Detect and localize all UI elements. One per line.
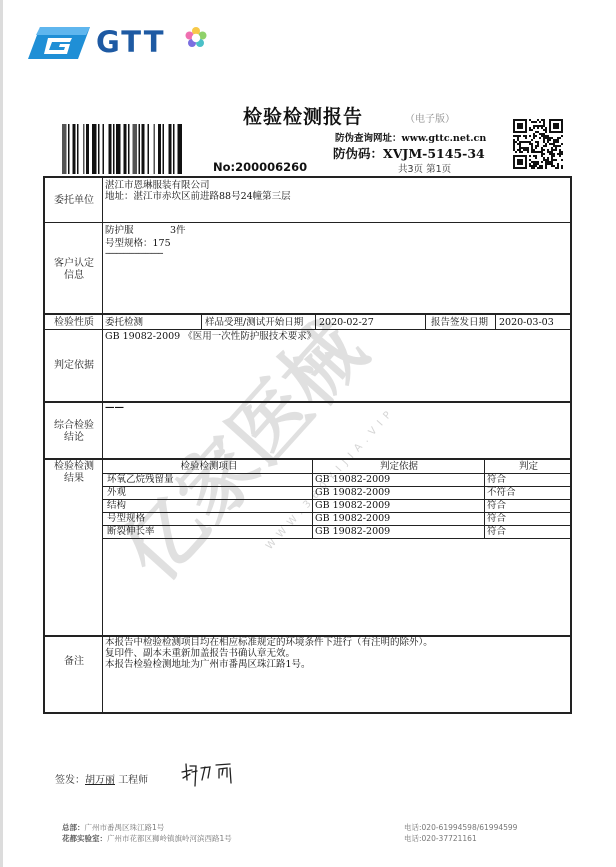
result-item: 环氧乙烷残留量: [107, 474, 174, 485]
result-basis: GB 19082-2009: [315, 500, 390, 511]
basis-value: GB 19082-2009 《医用一次性防护服技术要求》: [105, 331, 316, 342]
result-col-divider: [312, 460, 313, 538]
client-name: 湛江市恩琳服装有限公司: [105, 180, 210, 191]
page-edge: [0, 0, 3, 867]
result-row-divider: [102, 473, 570, 474]
handwritten-signature-icon: [180, 758, 240, 788]
cell-divider: [315, 314, 316, 329]
signoff-title: 工程师: [118, 775, 148, 786]
result-verdict: 符合: [487, 526, 506, 537]
results-header-cell: 判定依据: [313, 461, 485, 472]
result-row: 环氧乙烷残留量GB 19082-2009符合: [103, 473, 572, 486]
result-basis: GB 19082-2009: [315, 474, 390, 485]
result-row-divider: [102, 538, 570, 539]
client-address: 地址：湛江市赤坎区前进路88号24幢第三层: [105, 191, 291, 202]
product-quantity: 3件: [170, 225, 186, 236]
footer-addresses: 总部：广州市番禺区珠江路1号 花都实验室：广州市花都区狮岭镇旗岭河滨西路1号: [62, 822, 232, 844]
remark-line: 本报告检验检测地址为广州市番禺区珠江路1号。: [105, 659, 311, 670]
row-divider: [45, 329, 570, 330]
edition-label: （电子版）: [405, 110, 455, 125]
sample-date-label: 样品受理/测试开始日期: [205, 317, 303, 328]
result-row-divider: [102, 499, 570, 500]
issue-date-value: 2020-03-03: [499, 317, 554, 328]
logo-text: GTT: [96, 25, 166, 59]
report-number: No:200006260: [213, 160, 307, 174]
issue-date-label: 报告签发日期: [431, 317, 488, 328]
sample-date-value: 2020-02-27: [319, 317, 374, 328]
qr-code-icon: [513, 119, 563, 169]
result-row-divider: [102, 512, 570, 513]
barcode-icon: [62, 124, 210, 174]
report-no-label: No:: [213, 160, 235, 174]
hq-phone: 电话:020-61994598/61994599: [404, 822, 517, 833]
result-col-divider: [484, 460, 485, 538]
nature-label: 检验性质: [45, 317, 103, 329]
result-row: 号型规格GB 19082-2009符合: [103, 512, 572, 525]
remarks-label: 备注: [45, 656, 103, 668]
cell-divider: [201, 314, 202, 329]
colorful-flower-icon: [185, 27, 207, 49]
report-no-value: 200006260: [235, 160, 307, 174]
lab-phone: 电话:020-37721161: [404, 833, 517, 844]
anti-code-label: 防伪码：: [333, 146, 383, 161]
result-row: 断裂伸长率GB 19082-2009符合: [103, 525, 572, 538]
result-item: 外观: [107, 487, 126, 498]
gtt-logo-icon: [28, 27, 90, 59]
result-basis: GB 19082-2009: [315, 526, 390, 537]
lab-address: 广州市花都区狮岭镇旗岭河滨西路1号: [107, 834, 232, 843]
signoff-label: 签发：: [55, 775, 85, 786]
product-name: 防护服: [105, 225, 134, 236]
footer-phones: 电话:020-61994598/61994599 电话:020-37721161: [404, 822, 517, 844]
anti-fake-query: 防伪查询网址：www.gttc.net.cn: [335, 130, 486, 144]
result-row-divider: [102, 525, 570, 526]
query-label: 防伪查询网址：: [335, 133, 402, 144]
result-item: 结构: [107, 500, 126, 511]
result-row-divider: [102, 486, 570, 487]
anti-code-value: XVJM-5145-34: [383, 146, 485, 161]
cell-divider: [425, 314, 426, 329]
basis-label: 判定依据: [45, 360, 103, 372]
report-title: 检验检测报告: [243, 102, 363, 129]
nature-value: 委托检测: [105, 317, 143, 328]
row-divider: [45, 222, 570, 223]
remark-line: 本报告中检验检测项目均在相应标准规定的环境条件下进行（有注明的除外）。: [105, 637, 433, 648]
row-divider: [45, 313, 570, 315]
spec-dashes: --------------------------: [105, 248, 162, 259]
result-row: 外观GB 19082-2009不符合: [103, 486, 572, 499]
conclusion-label: 综合检验 结论: [45, 420, 103, 444]
hq-address: 广州市番禺区珠江路1号: [85, 823, 165, 832]
page-count: 共3页 第1页: [398, 161, 451, 175]
result-item: 号型规格: [107, 513, 145, 524]
results-header-cell: 检验检测项目: [105, 461, 313, 472]
result-verdict: 不符合: [487, 487, 516, 498]
query-url[interactable]: www.gttc.net.cn: [402, 133, 487, 144]
report-table: 委托单位 湛江市恩琳服装有限公司 地址：湛江市赤坎区前进路88号24幢第三层 客…: [43, 176, 572, 714]
anti-fake-code: 防伪码：XVJM-5145-34: [333, 144, 485, 162]
gtt-logo: GTT: [28, 27, 228, 63]
result-basis: GB 19082-2009: [315, 513, 390, 524]
result-verdict: 符合: [487, 513, 506, 524]
result-basis: GB 19082-2009: [315, 487, 390, 498]
results-header-cell: 判定: [485, 461, 572, 472]
signoff-name: 胡万丽: [85, 775, 115, 786]
results-header-row: 检验检测项目判定依据判定: [103, 460, 572, 473]
customer-info-label: 客户认定 信息: [45, 258, 103, 282]
cell-divider: [495, 314, 496, 329]
result-verdict: 符合: [487, 474, 506, 485]
result-verdict: 符合: [487, 500, 506, 511]
remark-line: 复印件、副本未重新加盖报告书确认章无效。: [105, 648, 295, 659]
conclusion-value: ——: [105, 402, 124, 413]
result-row: 结构GB 19082-2009符合: [103, 499, 572, 512]
client-label: 委托单位: [45, 195, 103, 207]
results-label: 检验检测 结果: [45, 461, 103, 485]
signoff: 签发：胡万丽 工程师: [55, 771, 148, 786]
result-item: 断裂伸长率: [107, 526, 155, 537]
